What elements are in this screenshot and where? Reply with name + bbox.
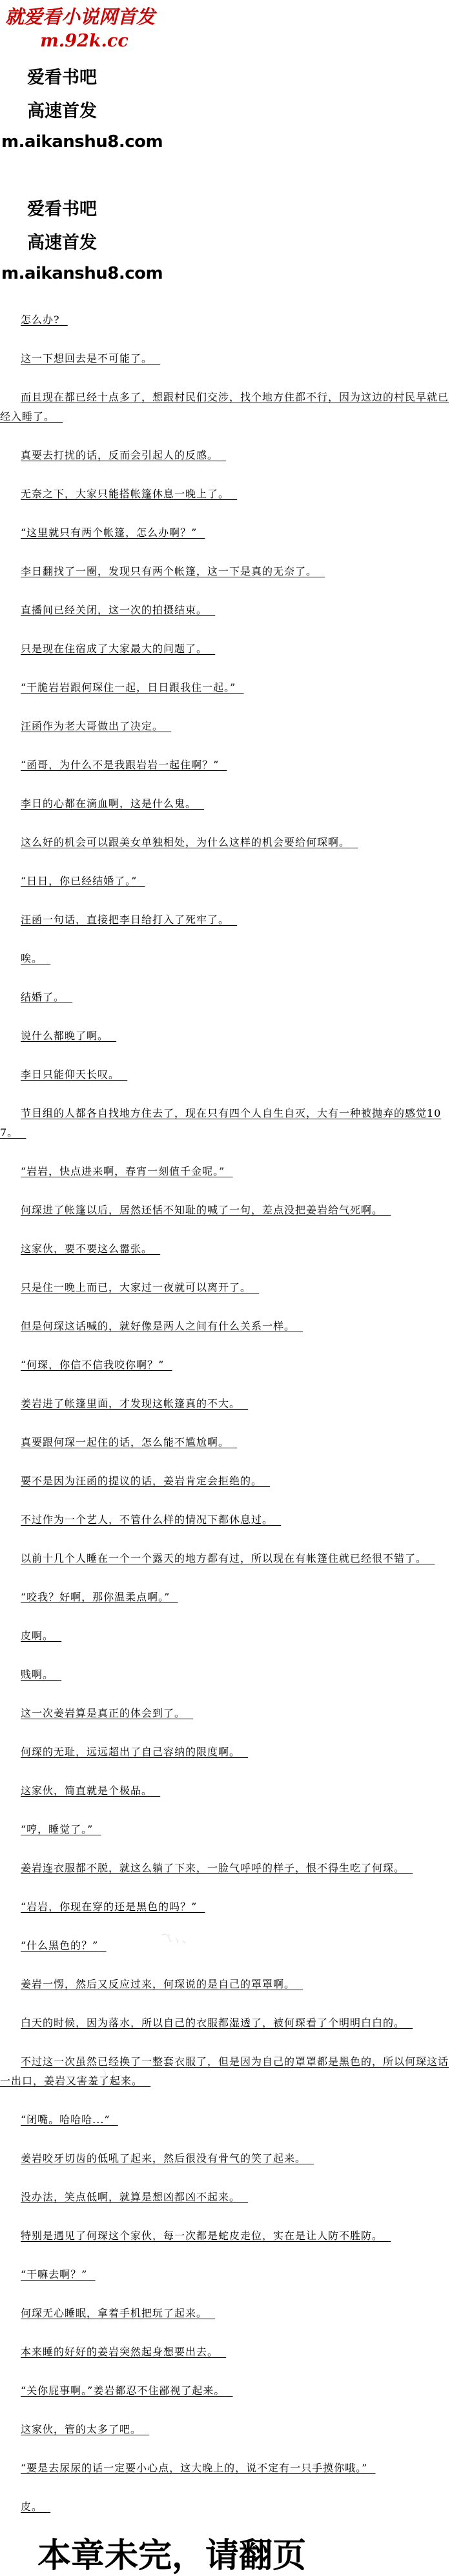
promo-block-1: 爱看书吧 高速首发 m.aikanshu8.com (0, 69, 452, 150)
paragraph: “哼，睡觉了。” (0, 1820, 452, 1839)
paragraph: 白天的时候，因为落水，所以自己的衣服都湿透了，被何琛看了个明明白白的。 (0, 2013, 452, 2033)
paragraph: 不过作为一个艺人，不管什么样的情况下都休息过。 (0, 1510, 452, 1530)
paragraph: 说什么都晚了啊。 (0, 1026, 452, 1046)
paragraph: “日日，你已经结婚了。” (0, 872, 452, 891)
paragraph: 而且现在都已经十点多了，想跟村民们交涉，找个地方住都不行，因为这边的村民早就已经… (0, 388, 452, 426)
paragraph: 姜岩一愣，然后又反应过来，何琛说的是自己的罩罩啊。 (0, 1975, 452, 1994)
red-site-name: 就爱看小说网首发 (5, 6, 163, 28)
paragraph: “这里就只有两个帐篷，怎么办啊？” (0, 523, 452, 543)
paragraph: “关你屁事啊。”姜岩都忍不住鄙视了起来。 (0, 2381, 452, 2401)
paragraph: 姜岩咬牙切齿的低吼了起来，然后很没有骨气的笑了起来。 (0, 2149, 452, 2168)
promo-tagline: 高速首发 (27, 234, 452, 252)
paragraph: 结婚了。 (0, 988, 452, 1007)
promo-block-2: 爱看书吧 高速首发 m.aikanshu8.com (0, 201, 452, 282)
footer-text: 本章未完，请翻页 (37, 2537, 306, 2575)
promo-site-url: m.aikanshu8.com (1, 134, 452, 150)
paragraph: 姜岩进了帐篷里面，才发现这帐篷真的不大。 (0, 1394, 452, 1413)
paragraph: “何琛，你信不信我咬你啊？” (0, 1355, 452, 1375)
paragraph: 但是何琛这话喊的，就好像是两人之间有什么关系一样。 (0, 1317, 452, 1336)
page-footer: 本章未完，请翻页 (0, 2536, 452, 2576)
paragraph: 怎么办? (0, 310, 452, 330)
promo-site-name: 爱看书吧 (27, 69, 452, 86)
paragraph: 节目组的人都各自找地方住去了，现在只有四个人自生自灭，大有一种被抛弃的感觉107… (0, 1104, 452, 1143)
paragraph: 本来睡的好好的姜岩突然起身想要出去。 (0, 2342, 452, 2362)
paragraph: “岩岩，你现在穿的还是黑色的吗？” (0, 1897, 452, 1917)
paragraph: 直播间已经关闭，这一次的拍摄结束。 (0, 601, 452, 620)
paragraph: 这家伙，要不要这么嚣张。 (0, 1239, 452, 1259)
paragraph: 这家伙，简直就是个极品。 (0, 1781, 452, 1801)
paragraph: 李日只能仰天长叹。 (0, 1065, 452, 1084)
chapter-body: 怎么办?这一下想回去是不可能了。而且现在都已经十点多了，想跟村民们交涉，找个地方… (0, 310, 452, 2517)
paragraph: 以前十几个人睡在一个一个露天的地方都有过，所以现在有帐篷住就已经很不错了。 (0, 1549, 452, 1568)
paragraph: 这么好的机会可以跟美女单独相处，为什么这样的机会要给何琛啊。 (0, 833, 452, 852)
paragraph: “闭嘴。哈哈哈...” (0, 2110, 452, 2130)
paragraph: 何琛进了帐篷以后，居然还恬不知耻的喊了一句，差点没把姜岩给气死啊。 (0, 1201, 452, 1220)
paragraph: 何琛的无耻，远远超出了自己容纳的限度啊。 (0, 1742, 452, 1762)
paragraph: 汪函作为老大哥做出了决定。 (0, 717, 452, 736)
paragraph: 皮啊。 (0, 1626, 452, 1646)
paragraph: “岩岩，快点进来啊，春宵一刻值千金呢。” (0, 1162, 452, 1181)
paragraph: “干嘛去啊？” (0, 2265, 452, 2284)
novel-page: 就爱看小说网首发 m.92k.cc 爱看书吧 高速首发 m.aikanshu8.… (0, 0, 452, 2576)
paragraph: 李日的心都在滴血啊，这是什么鬼。 (0, 794, 452, 814)
paragraph: “什么黑色的？” (0, 1936, 452, 1955)
paragraph: 李日翻找了一圈，发现只有两个帐篷，这一下是真的无奈了。 (0, 562, 452, 581)
promo-site-name: 爱看书吧 (27, 201, 452, 218)
paragraph: 何琛无心睡眠，拿着手机把玩了起来。 (0, 2304, 452, 2323)
paragraph: 唉。 (0, 949, 452, 968)
paragraph: 无奈之下，大家只能搭帐篷休息一晚上了。 (0, 484, 452, 504)
paragraph: 汪函一句话，直接把李日给打入了死牢了。 (0, 910, 452, 930)
paragraph: “要是去尿尿的话一定要小心点，这大晚上的，说不定有一只手摸你哦。” (0, 2459, 452, 2478)
paragraph: 贱啊。 (0, 1665, 452, 1684)
paragraph: 这一次姜岩算是真正的体会到了。 (0, 1704, 452, 1723)
paragraph: 这一下想回去是不可能了。 (0, 349, 452, 368)
red-site-url: m.92k.cc (5, 32, 163, 51)
paragraph: 只是现在住宿成了大家最大的问题了。 (0, 639, 452, 659)
paragraph: 这家伙，管的太多了吧。 (0, 2420, 452, 2439)
promo-tagline: 高速首发 (27, 103, 452, 120)
paragraph: 没办法，笑点低啊，就算是想凶都凶不起来。 (0, 2188, 452, 2207)
paragraph: “函哥，为什么不是我跟岩岩一起住啊？” (0, 755, 452, 775)
paragraph: “干脆岩岩跟何琛住一起，日日跟我住一起。” (0, 678, 452, 697)
paragraph: 不过这一次虽然已经换了一整套衣服了，但是因为自己的罩罩都是黑色的，所以何琛这话一… (0, 2052, 452, 2091)
paragraph: 真要跟何琛一起住的话，怎么能不尴尬啊。 (0, 1433, 452, 1452)
paragraph: 只是住一晚上而已，大家过一夜就可以离开了。 (0, 1278, 452, 1297)
paragraph: 特别是遇见了何琛这个家伙，每一次都是蛇皮走位，实在是让人防不胜防。 (0, 2226, 452, 2246)
paragraph: 要不是因为汪函的提议的话，姜岩肯定会拒绝的。 (0, 1472, 452, 1491)
promo-site-url: m.aikanshu8.com (1, 265, 452, 282)
paragraph: “咬我？好啊，那你温柔点啊。” (0, 1588, 452, 1607)
paragraph: 姜岩连衣服都不脱，就这么躺了下来，一脸气呼呼的样子，恨不得生吃了何琛。 (0, 1859, 452, 1878)
red-watermark: 就爱看小说网首发 m.92k.cc (0, 0, 163, 51)
paragraph: 皮。 (0, 2497, 452, 2517)
paragraph: 真要去打扰的话，反而会引起人的反感。 (0, 446, 452, 465)
